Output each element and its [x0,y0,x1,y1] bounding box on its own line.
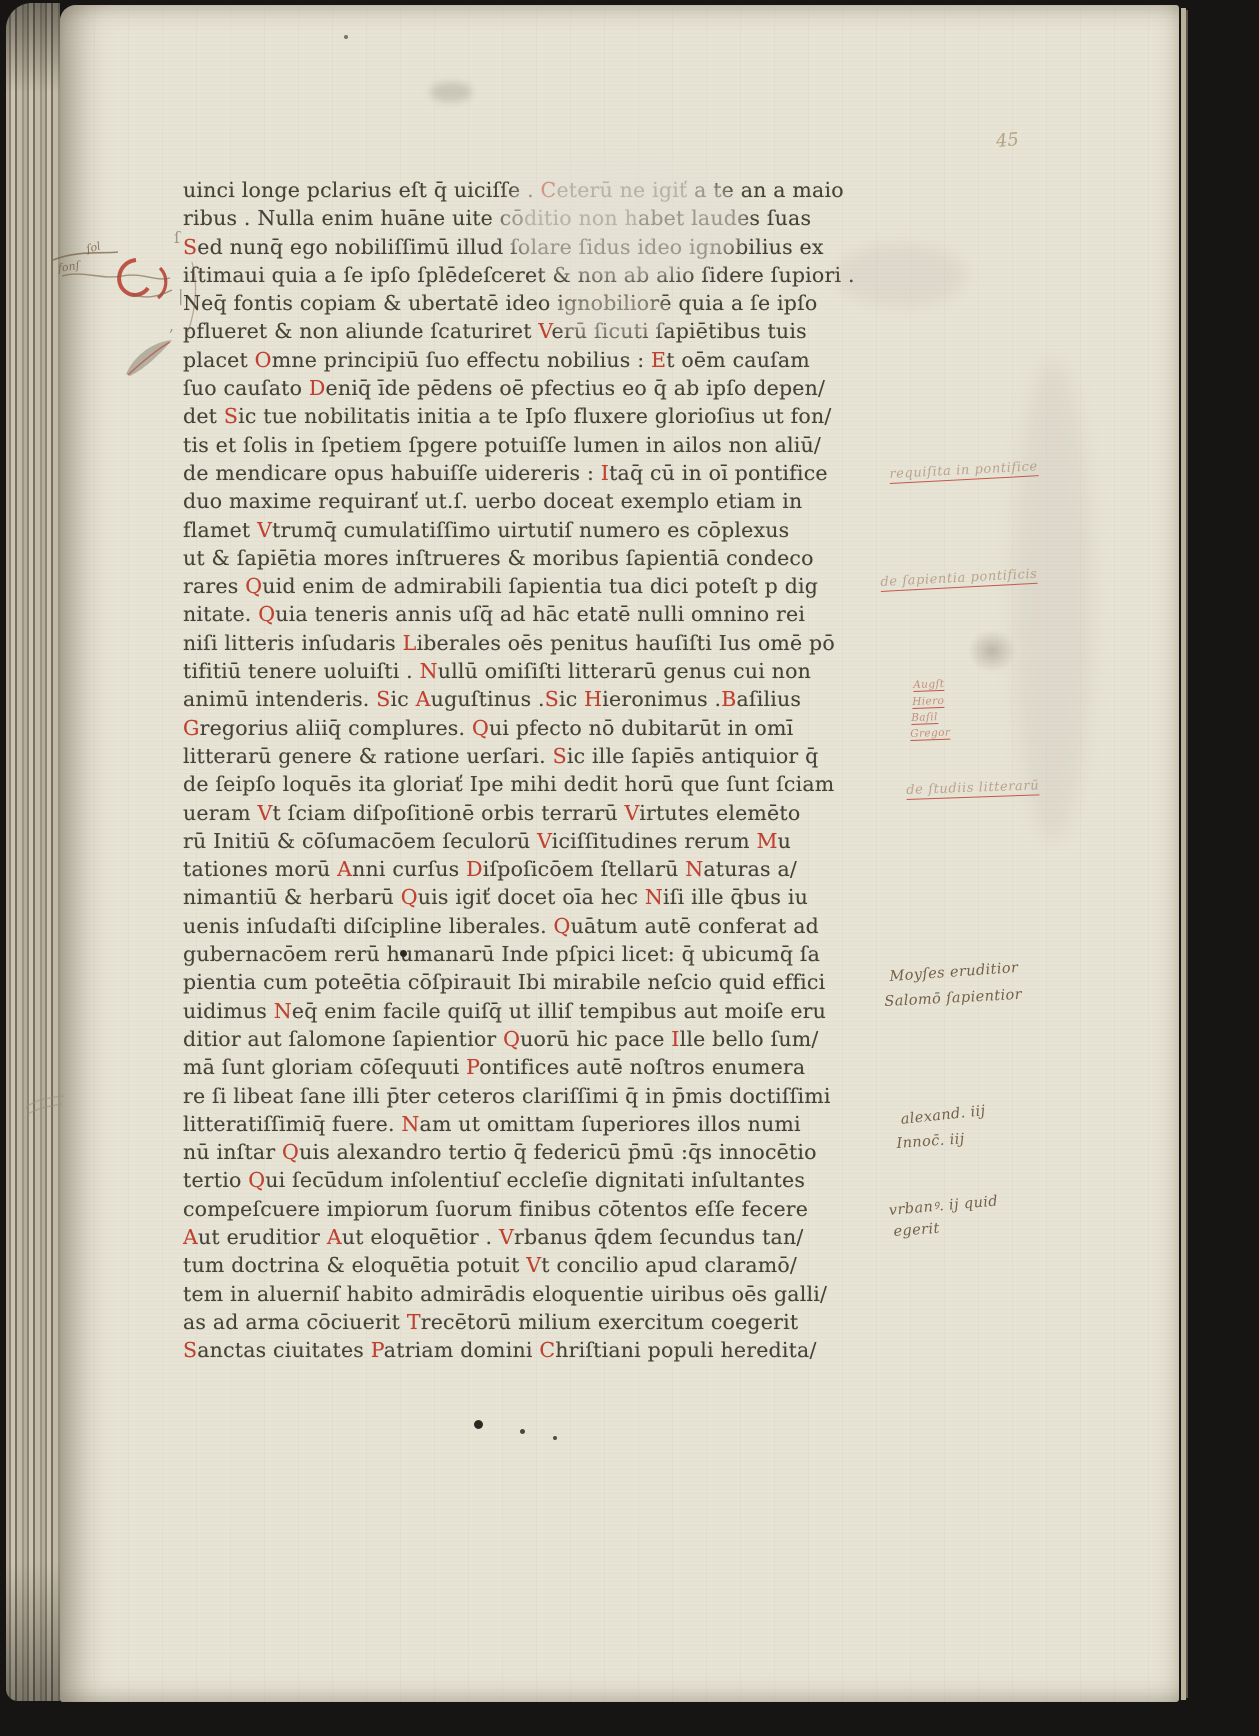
rubric-letter: T [407,1310,421,1334]
rubric-letter: D [309,376,326,400]
rubric-letter: G [183,716,200,740]
manuscript-scan: 45 uinci longe pclarius eſt q̄ uiciſſe .… [0,0,1259,1736]
text-line: Sanctas ciuitates Patriam domini Chriſti… [183,1336,783,1364]
text-line: placet Omne principiū ſuo effectu nobili… [183,346,783,374]
text-line: litteratiſſimiq̄ fuere. Nam ut omittam ſ… [183,1110,783,1138]
rubric-letter: Q [554,914,571,938]
rubric-letter: S [376,687,390,711]
rubric-letter: V [625,801,640,825]
stain [430,82,472,102]
rubric-letter: V [526,1253,541,1277]
rubric-letter: A [337,857,352,881]
text-line: tem in aluerniſ habito admirādis eloquen… [183,1280,783,1308]
rubric-letter: Q [401,885,418,909]
text-line: Neq̄ fontis copiam & ubertatē ideo ignob… [183,289,783,317]
text-line: tum doctrina & eloquētia potuit Vt conci… [183,1251,783,1279]
nota-mark-icon [48,232,213,347]
text-line: ueram Vt ſciam diſpoſitionē orbis terrar… [183,799,783,827]
stain [836,244,966,306]
rubric-letter: O [255,348,272,372]
marginal-note: Hiero [912,695,945,709]
folio-number: 45 [995,129,1020,152]
rubric-letter: I [601,461,609,485]
text-line: tationes morū Anni curſus Diſpoſicōem ſt… [183,855,783,883]
text-line: gubernacōem rerū humanarū Inde pſpici li… [183,940,783,968]
text-line: ditior aut ſalomone ſapientior Quorū hic… [183,1025,783,1053]
rubric-letter: A [327,1225,342,1249]
rubric-letter: V [538,319,551,343]
text-line: Gregorius aliiq̄ complures. Qui pfecto n… [183,714,783,742]
text-line: tifitiū tenere uoluiſti . Nullū omiſiſti… [183,657,783,685]
text-line: tertio Qui ſecūdum inſolentiuſ eccleſie … [183,1166,783,1194]
rubric-letter: Q [472,716,489,740]
rubric-letter: S [183,1338,197,1362]
text-line: ut & ſapiētia mores inſtrueres & moribus… [183,544,783,572]
ink-dot [344,35,348,39]
rubric-letter: Q [245,574,262,598]
stain [968,630,1016,672]
rubric-letter: S [553,744,567,768]
rubric-letter: Q [258,602,275,626]
rubric-letter: N [645,885,663,909]
text-line: tis et ſolis in ſpetiem ſpgere potuiſſe … [183,431,783,459]
text-line: pientia cum poteētia cōſpirauit Ibi mira… [183,968,783,996]
text-line: animū intenderis. Sic Auguſtinus .Sic Hi… [183,685,783,713]
text-line: de ſeipſo loquēs ita gloriať Ipe mihi de… [183,770,783,798]
stain [500,163,745,281]
rubric-letter: L [403,631,417,655]
text-line: uidimus Neq̄ enim facile quiſq̄ ut illiſ… [183,997,783,1025]
rubric-letter: S [545,687,559,711]
rubric-letter: V [499,1225,514,1249]
text-line: nitate. Quia teneris annis uſq̄ ad hāc e… [183,600,783,628]
text-line: nimantiū & herbarū Quis igiť docet oīa h… [183,883,783,911]
rubric-letter: N [420,659,438,683]
text-line: Aut eruditior Aut eloquētior . Vrbanus q… [183,1223,783,1251]
text-line: uenis inſudaſti diſcipline liberales. Qu… [183,912,783,940]
text-line: flamet Vtrumq̄ cumulatiſſimo uirtutiſ nu… [183,516,783,544]
stain [1014,360,1092,840]
rubric-letter: H [584,687,602,711]
text-line: niſi litteris inſudaris Liberales oēs pe… [183,629,783,657]
right-leaf-edge-shadow [1186,10,1188,1698]
ink-dot [474,1420,483,1429]
leaf-flourish-icon [122,334,176,382]
rubric-letter: N [685,857,703,881]
rubric-letter: V [537,829,552,853]
text-line: det Sic tue nobilitatis initia a te Ipſo… [183,402,783,430]
rubric-letter: Q [248,1168,265,1192]
rubric-letter: B [721,687,736,711]
text-line: re ſi libeat ſane illi p̄ter ceteros cla… [183,1082,783,1110]
marginal-note: Augſt [913,678,945,692]
rubric-letter: N [274,999,292,1023]
marginal-note: Baſil [911,711,938,725]
rubric-letter: A [183,1225,198,1249]
text-line: de mendicare opus habuiſſe uidereris : I… [183,459,783,487]
text-line: mā ſunt gloriam cōſequuti Pontifices aut… [183,1053,783,1081]
rubric-letter: A [416,687,431,711]
rubric-letter: C [539,1338,555,1362]
ink-dot [520,1429,525,1434]
rubric-letter: P [371,1338,384,1362]
text-line: compeſcuere impiorum ſuorum finibus cōte… [183,1195,783,1223]
pen-squiggle-icon [24,1092,68,1118]
ink-dot [400,950,407,957]
rubric-letter: S [224,404,238,428]
rubric-letter: I [671,1027,679,1051]
text-line: pflueret & non aliunde ſcaturiret Verū ſ… [183,317,783,345]
rubric-letter: Q [282,1140,299,1164]
text-line: ſuo cauſato Deniq̄ īde pēdens oē pfectiu… [183,374,783,402]
text-line: litterarū genere & ratione uerſari. Sic … [183,742,783,770]
marginal-note: egerit [893,1221,940,1240]
text-line: rū Initiū & cōſumacōem ſeculorū Viciſſit… [183,827,783,855]
stain [552,293,672,339]
text-line: duo maxime requiranť ut.ſ. uerbo doceat … [183,487,783,515]
text-line: as ad arma cōciuerit Trecētorū milium ex… [183,1308,783,1336]
rubric-letter: P [466,1055,479,1079]
rubric-letter: M [756,829,777,853]
text-line: rares Quid enim de admirabili ſapientia … [183,572,783,600]
rubric-letter: V [257,518,272,542]
marginal-note: Gregor [910,727,951,741]
rubric-letter: Q [503,1027,520,1051]
rubric-letter: N [401,1112,419,1136]
rubric-letter: E [651,348,666,372]
ink-dot [553,1436,557,1440]
text-block: uinci longe pclarius eſt q̄ uiciſſe . Ce… [183,176,783,1364]
text-line: nū inſtar Quis alexandro tertio q̄ feder… [183,1138,783,1166]
rubric-letter: D [466,857,483,881]
rubric-letter: V [258,801,273,825]
